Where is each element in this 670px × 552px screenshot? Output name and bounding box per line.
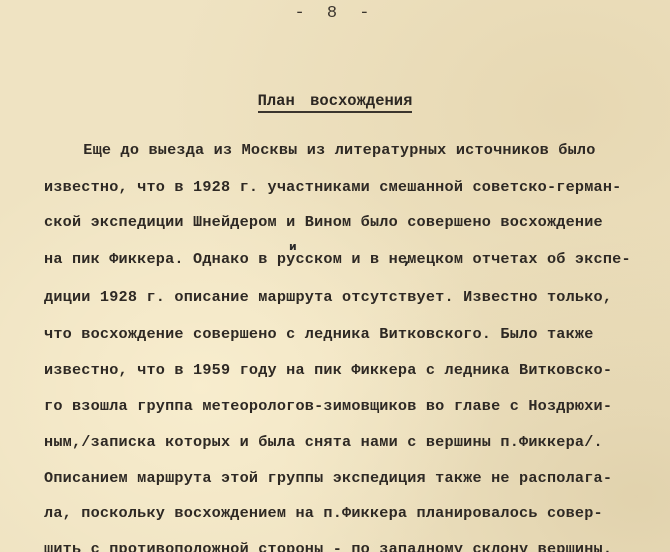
text-line: ской экспедиции Шнейдером и Вином было с… [44, 213, 603, 231]
handwritten-insertion: и [289, 240, 297, 253]
text-line: ным,/записка которых и была снята нами с… [44, 433, 603, 451]
heading-text: План восхождения [258, 92, 413, 113]
text-line: известно, что в 1959 году на пик Фиккера… [44, 361, 612, 379]
handwritten-mark: , [404, 252, 409, 268]
text-line: диции 1928 г. описание маршрута отсутств… [44, 288, 612, 306]
text-line: что восхождение совершено с ледника Витк… [44, 325, 594, 343]
text-line: Описанием маршрута этой группы экспедици… [44, 469, 612, 487]
text-line: го взошла группа метеорологов-зимовщиков… [44, 397, 612, 415]
section-heading: План восхождения [0, 92, 670, 110]
text-line: Еще до выезда из Москвы из литературных … [46, 141, 596, 159]
page-number: - 8 - [0, 4, 670, 23]
text-line: на пик Фиккера. Однако в русском и в нем… [44, 250, 631, 268]
text-line: шить с противоположной стороны - по запа… [44, 540, 612, 552]
text-line: известно, что в 1928 г. участниками смеш… [44, 178, 621, 196]
text-line: ла, поскольку восхождением на п.Фиккера … [44, 504, 603, 522]
